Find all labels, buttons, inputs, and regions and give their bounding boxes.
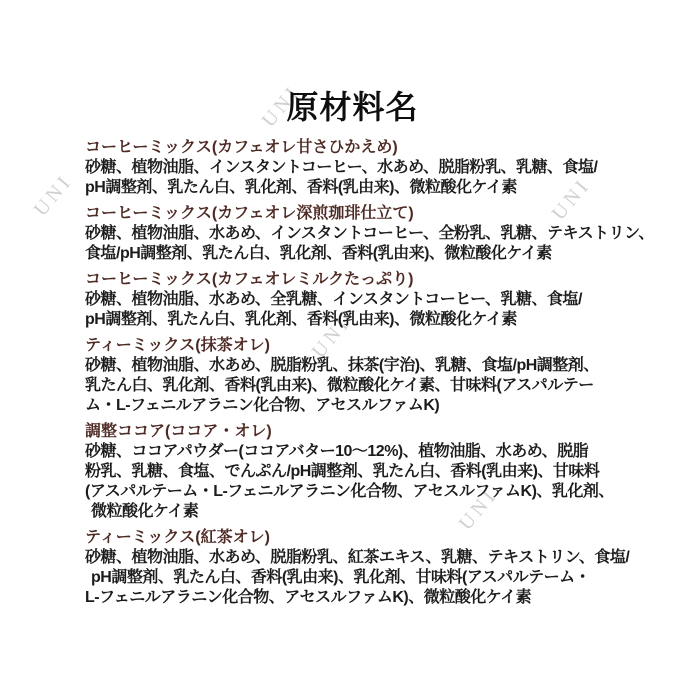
product-heading: コーヒーミックス(カフェオレ甘さひかえめ) <box>85 138 620 158</box>
ingredient-line: 砂糖、植物油脂、水あめ、全乳糖、インスタントコーヒー、乳糖、食塩/ <box>85 290 620 310</box>
section-chosei-cocoa-ole: 調整ココア(ココア・オレ) 砂糖、ココアパウダー(ココアバター10〜12%)、植… <box>85 422 620 522</box>
ingredient-line: 砂糖、植物油脂、水あめ、インスタントコーヒー、全粉乳、乳糖、テキストリン、 <box>85 224 620 244</box>
section-coffee-mix-amasa-hikaeme: コーヒーミックス(カフェオレ甘さひかえめ) 砂糖、植物油脂、インスタントコーヒー… <box>85 138 620 198</box>
product-heading: ティーミックス(抹茶オレ) <box>85 336 620 356</box>
ingredient-line: pH調整剤、乳たん白、乳化剤、香料(乳由来)、微粒酸化ケイ素 <box>85 178 620 198</box>
watermark-uni: UNI <box>30 170 78 221</box>
ingredient-list: 原材料名 コーヒーミックス(カフェオレ甘さひかえめ) 砂糖、植物油脂、インスタン… <box>85 88 620 614</box>
ingredient-line: 粉乳、乳糖、食塩、でんぷん/pH調整剤、乳たん白、香料(乳由来)、甘味料 <box>85 462 620 482</box>
ingredient-line: 砂糖、植物油脂、水あめ、脱脂粉乳、紅茶エキス、乳糖、テキストリン、食塩/ <box>85 548 620 568</box>
ingredient-line: pH調整剤、乳たん白、香料(乳由来)、乳化剤、甘味料(アスパルテーム・ <box>85 568 620 588</box>
section-tea-mix-kocha-ole: ティーミックス(紅茶オレ) 砂糖、植物油脂、水あめ、脱脂粉乳、紅茶エキス、乳糖、… <box>85 528 620 608</box>
ingredient-line: 砂糖、ココアパウダー(ココアバター10〜12%)、植物油脂、水あめ、脱脂 <box>85 442 620 462</box>
ingredient-line: L-フェニルアラニン化合物、アセスルファムK)、微粒酸化ケイ素 <box>85 588 620 608</box>
ingredient-line: 砂糖、植物油脂、水あめ、脱脂粉乳、抹茶(宇治)、乳糖、食塩/pH調整剤、 <box>85 356 620 376</box>
product-heading: コーヒーミックス(カフェオレミルクたっぷり) <box>85 270 620 290</box>
section-coffee-mix-fukairi-kohi: コーヒーミックス(カフェオレ深煎珈琲仕立て) 砂糖、植物油脂、水あめ、インスタン… <box>85 204 620 264</box>
ingredient-label-panel: UNI UNI UNI UNI UNI 原材料名 コーヒーミックス(カフェオレ甘… <box>0 0 700 700</box>
section-tea-mix-matcha-ole: ティーミックス(抹茶オレ) 砂糖、植物油脂、水あめ、脱脂粉乳、抹茶(宇治)、乳糖… <box>85 336 620 416</box>
ingredient-line: 砂糖、植物油脂、インスタントコーヒー、水あめ、脱脂粉乳、乳糖、食塩/ <box>85 158 620 178</box>
ingredient-line: (アスパルテーム・L-フェニルアラニン化合物、アセスルファムK)、乳化剤、 <box>85 482 620 502</box>
ingredient-line: 食塩/pH調整剤、乳たん白、乳化剤、香料(乳由来)、微粒酸化ケイ素 <box>85 244 620 264</box>
ingredient-line: ム・L-フェニルアラニン化合物、アセスルファムK) <box>85 396 620 416</box>
section-coffee-mix-milk-tappuri: コーヒーミックス(カフェオレミルクたっぷり) 砂糖、植物油脂、水あめ、全乳糖、イ… <box>85 270 620 330</box>
ingredient-line: 乳たん白、乳化剤、香料(乳由来)、微粒酸化ケイ素、甘味料(アスパルテー <box>85 376 620 396</box>
page-title: 原材料名 <box>85 88 620 126</box>
ingredient-line: pH調整剤、乳たん白、乳化剤、香料(乳由来)、微粒酸化ケイ素 <box>85 310 620 330</box>
product-heading: 調整ココア(ココア・オレ) <box>85 422 620 442</box>
product-heading: コーヒーミックス(カフェオレ深煎珈琲仕立て) <box>85 204 620 224</box>
product-heading: ティーミックス(紅茶オレ) <box>85 528 620 548</box>
ingredient-line: 微粒酸化ケイ素 <box>85 502 620 522</box>
